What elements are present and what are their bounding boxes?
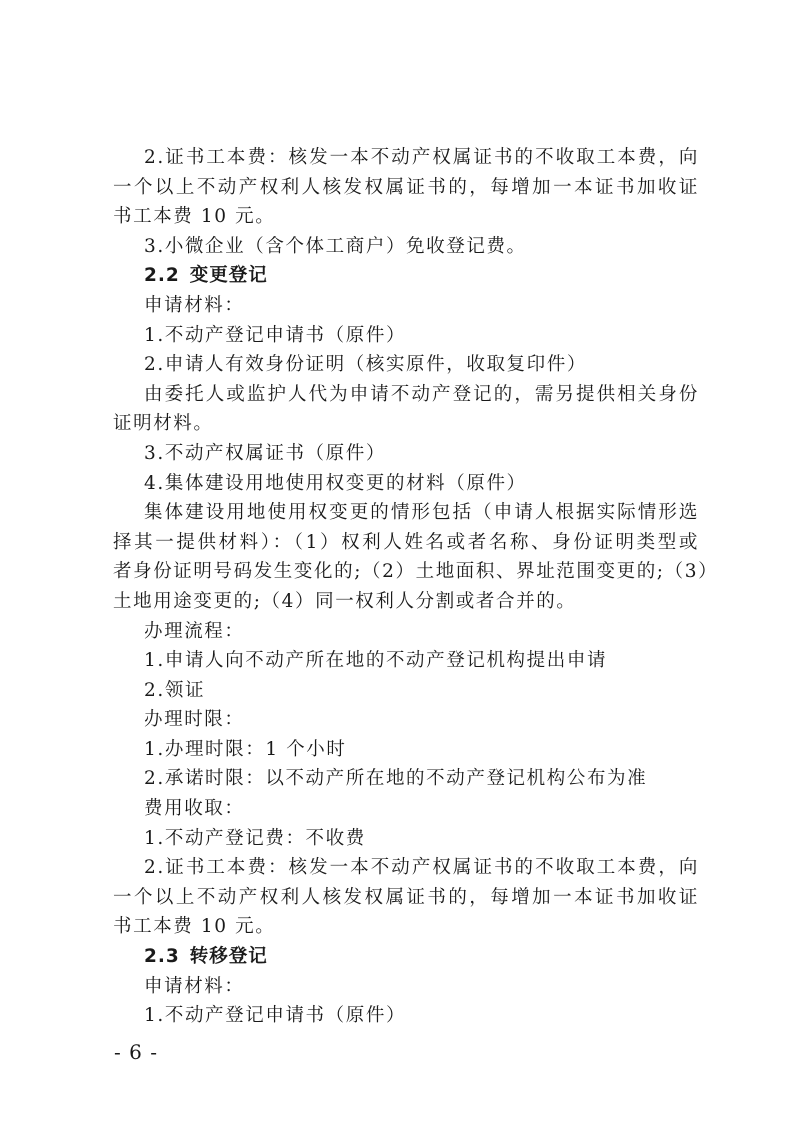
- paragraph-line: 1.办理时限：1 个小时: [113, 735, 699, 765]
- paragraph-line: 一个以上不动产权利人核发权属证书的，每增加一本证书加收证: [113, 173, 699, 203]
- section-title: 变更登记: [190, 265, 268, 286]
- paragraph-line: 由委托人或监护人代为申请不动产登记的，需另提供相关身份: [113, 380, 699, 410]
- paragraph-line: 3.不动产权属证书（原件）: [113, 439, 699, 469]
- paragraph-line: 书工本费 10 元。: [113, 912, 699, 942]
- paragraph-line: 申请材料：: [113, 291, 699, 321]
- paragraph-line: 1.不动产登记费：不收费: [113, 824, 699, 854]
- paragraph-line: 4.集体建设用地使用权变更的材料（原件）: [113, 469, 699, 499]
- paragraph-line: 2.承诺时限：以不动产所在地的不动产登记机构公布为准: [113, 764, 699, 794]
- paragraph-line: 证明材料。: [113, 409, 699, 439]
- section-number: 2.2: [144, 265, 180, 286]
- paragraph-line: 1.不动产登记申请书（原件）: [113, 1001, 699, 1031]
- section-title: 转移登记: [190, 946, 268, 967]
- section-heading-2-2: 2.2变更登记: [113, 261, 699, 291]
- paragraph-line: 一个以上不动产权利人核发权属证书的，每增加一本证书加收证: [113, 883, 699, 913]
- paragraph-line: 2.领证: [113, 676, 699, 706]
- document-page: 2.证书工本费：核发一本不动产权属证书的不收取工本费，向 一个以上不动产权利人核…: [113, 143, 699, 1031]
- paragraph-line: 1.申请人向不动产所在地的不动产登记机构提出申请: [113, 646, 699, 676]
- paragraph-line: 土地用途变更的;（4）同一权利人分割或者合并的。: [113, 587, 699, 617]
- subheading-line: 办理时限：: [113, 705, 699, 735]
- paragraph-line: 2.证书工本费：核发一本不动产权属证书的不收取工本费，向: [113, 853, 699, 883]
- paragraph-line: 择其一提供材料）：（1）权利人姓名或者名称、身份证明类型或: [113, 528, 699, 558]
- paragraph-line: 者身份证明号码发生变化的;（2）土地面积、界址范围变更的;（3）: [113, 557, 699, 587]
- subheading-line: 办理流程：: [113, 617, 699, 647]
- subheading-line: 费用收取：: [113, 794, 699, 824]
- paragraph-line: 1.不动产登记申请书（原件）: [113, 321, 699, 351]
- paragraph-line: 3.小微企业（含个体工商户）免收登记费。: [113, 232, 699, 262]
- subheading-line: 申请材料：: [113, 972, 699, 1002]
- paragraph-line: 2.证书工本费：核发一本不动产权属证书的不收取工本费，向: [113, 143, 699, 173]
- paragraph-line: 2.申请人有效身份证明（核实原件，收取复印件）: [113, 350, 699, 380]
- paragraph-line: 书工本费 10 元。: [113, 202, 699, 232]
- paragraph-line: 集体建设用地使用权变更的情形包括（申请人根据实际情形选: [113, 498, 699, 528]
- section-number: 2.3: [144, 946, 180, 967]
- section-heading-2-3: 2.3转移登记: [113, 942, 699, 972]
- page-number: - 6 -: [114, 1040, 158, 1064]
